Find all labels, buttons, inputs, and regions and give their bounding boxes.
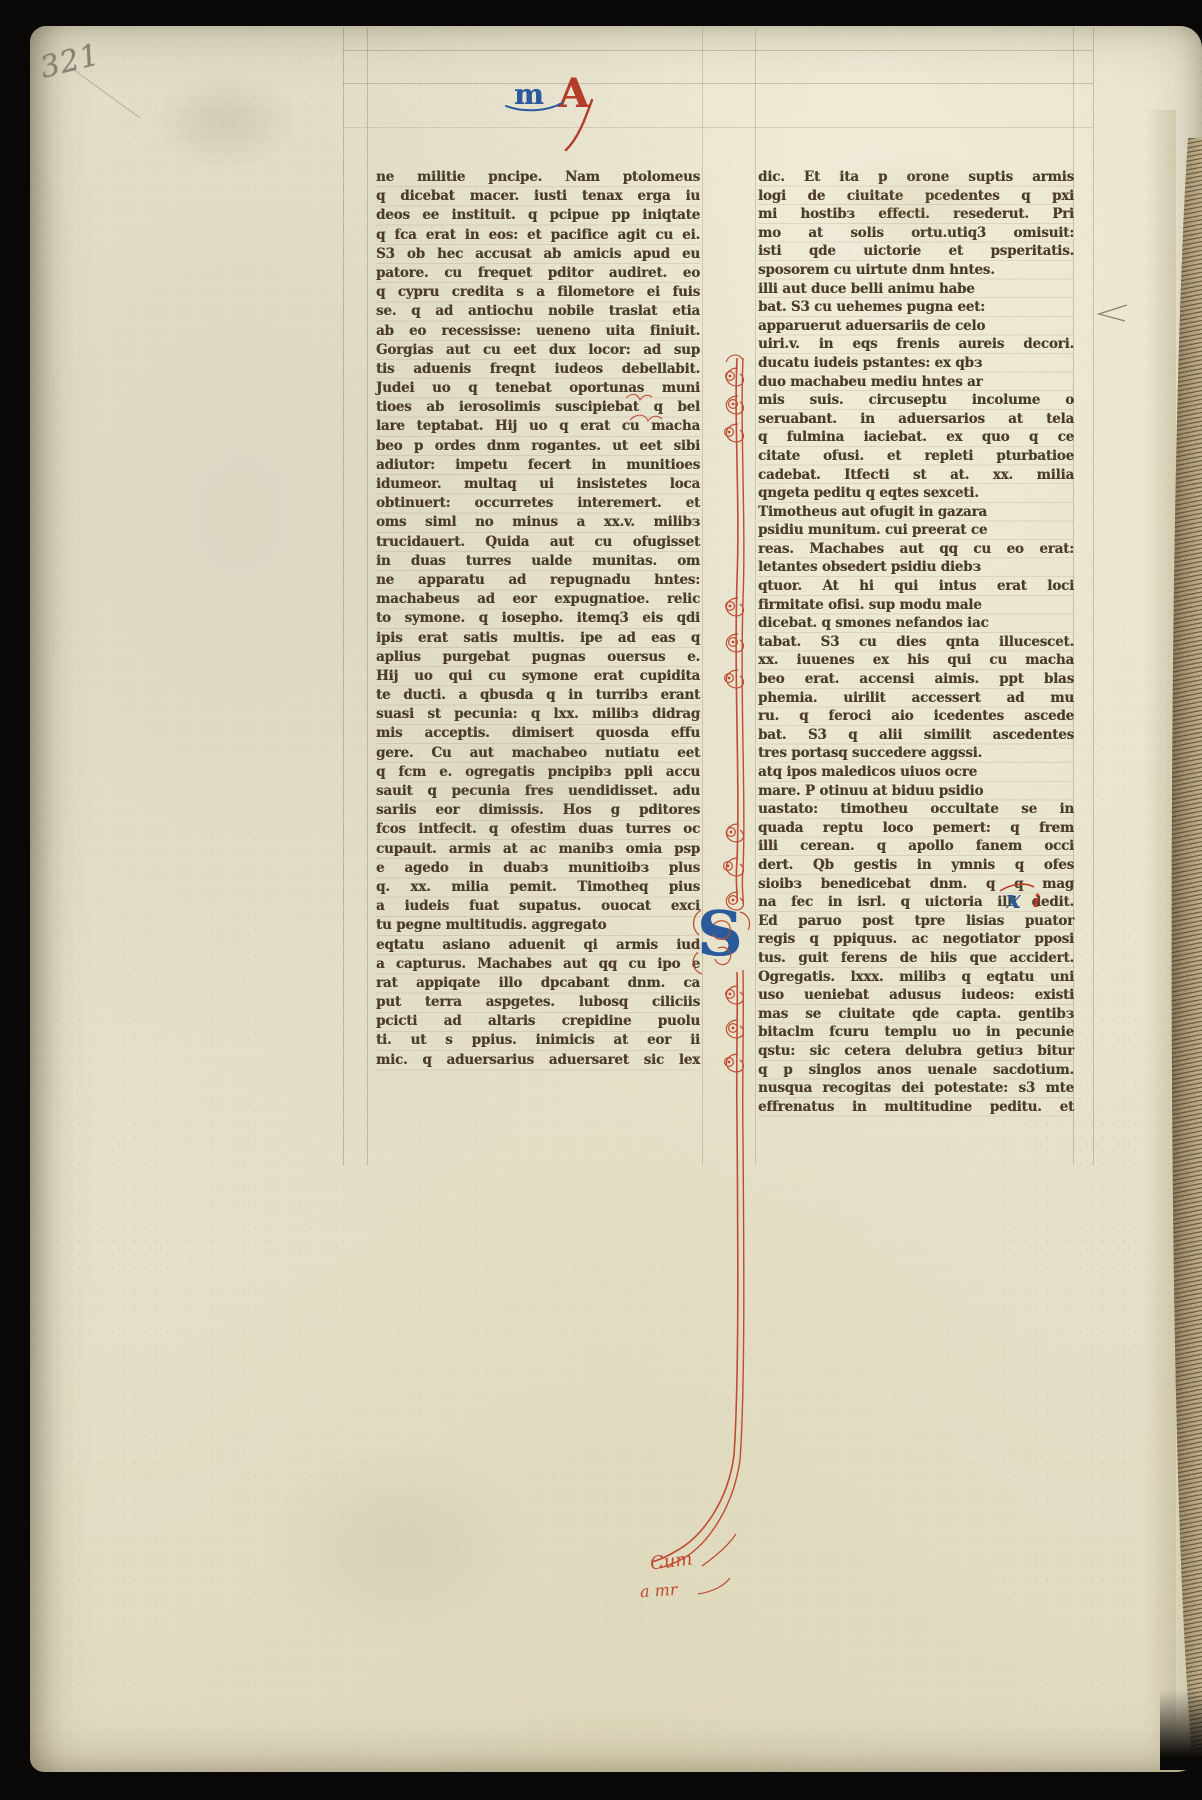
chapter-initial: S	[697, 903, 742, 965]
text-line: q p singlos anos uenale sacdotium.	[758, 1061, 1074, 1080]
text-line: adiutor: impetu fecert in munitioes	[376, 456, 700, 475]
text-line: dert. Qb gestis in ymnis q ofes	[758, 856, 1074, 875]
text-line: ru. q feroci aio icedentes ascede	[758, 707, 1074, 726]
text-line: na fec in isrl. q uictoria illi dedit.	[758, 893, 1074, 912]
ruling-line	[755, 28, 756, 1165]
text-line: atq ipos maledicos uiuos ocre	[758, 763, 1074, 782]
text-line: Ed paruo post tpre lisias puator	[758, 912, 1074, 931]
text-line: sioibз benedicebat dnm. q q mag	[758, 875, 1074, 894]
text-line: in duas turres ualde munitas. om	[376, 552, 700, 571]
text-line: machabeus ad eor expugnatioe. relic	[376, 590, 700, 609]
text-line: phemia. uirilit accessert ad mu	[758, 689, 1074, 708]
text-line: ab eo recessisse: ueneno uita finiuit.	[376, 322, 700, 341]
text-column-right: dic. Et ita p orone suptis armislogi de …	[758, 168, 1074, 1117]
text-line: mare. P otinuu at biduu psidio	[758, 782, 1074, 801]
page-curl-highlight	[1146, 110, 1176, 1760]
text-line: q fca erat in eos: et pacifice agit cu e…	[376, 226, 700, 245]
text-line: quada reptu loco pemert: q frem	[758, 819, 1074, 838]
running-title-letter-blue: m	[514, 78, 544, 111]
parchment-stain	[820, 150, 1010, 260]
text-line: tabat. S3 cu dies qnta illucescet.	[758, 633, 1074, 652]
catchword: a mr	[639, 1580, 678, 1602]
photograph-background: 321 m A ne militie pncipe. Nam ptolomeus…	[0, 0, 1202, 1800]
text-line: ducatu iudeis pstantes: ex qbз	[758, 354, 1074, 373]
text-line: q. xx. milia pemit. Timotheq pius	[376, 878, 700, 897]
text-line: ne militie pncipe. Nam ptolomeus	[376, 168, 700, 187]
ruling-line	[343, 127, 1093, 128]
text-line: Timotheus aut ofugit in gazara	[758, 503, 1074, 522]
text-line: se. q ad antiochu nobile traslat etia	[376, 302, 700, 321]
text-line: a iudeis fuat supatus. ouocat exci	[376, 897, 700, 916]
text-line: patore. cu frequet pditor audiret. eo	[376, 264, 700, 283]
text-line: dicebat. q smones nefandos iac	[758, 614, 1074, 633]
text-line: aplius purgebat pugnas ouersus e.	[376, 648, 700, 667]
ruling-line	[343, 83, 1093, 84]
text-line: Hij uo qui cu symone erat cupidita	[376, 667, 700, 686]
text-line: q fulmina iaciebat. ex quo q ce	[758, 428, 1074, 447]
text-line: firmitate ofisi. sup modu male	[758, 596, 1074, 615]
text-line: uiri.v. in eqs frenis aureis decori.	[758, 335, 1074, 354]
text-line: idumeor. multaq ui insistetes loca	[376, 475, 700, 494]
text-line: xx. iuuenes ex his qui cu macha	[758, 651, 1074, 670]
text-line: tioes ab ierosolimis suscipiebat q bel	[376, 398, 700, 417]
text-line: obtinuert: occurretes interemert. et	[376, 494, 700, 513]
text-line: regis q ppiquus. ac negotiator pposi	[758, 930, 1074, 949]
chapter-numeral-x: x	[1006, 885, 1021, 914]
text-line: beo erat. accensi aimis. ppt blas	[758, 670, 1074, 689]
text-line: trucidauert. Quida aut cu ofugisset	[376, 533, 700, 552]
text-line: q cypru credita s a filometore ei fuis	[376, 283, 700, 302]
text-line: pcicti ad altaris crepidine puolu	[376, 1012, 700, 1031]
text-line: beo p ordes dnm rogantes. ut eet sibi	[376, 437, 700, 456]
text-line: q dicebat macer. iusti tenax erga iu	[376, 187, 700, 206]
text-line: tus. guit ferens de hiis que accidert.	[758, 949, 1074, 968]
text-line: tres portasq succedere aggssi.	[758, 744, 1074, 763]
text-line: tis aduenis freqnt iudeos debellabit.	[376, 360, 700, 379]
text-line: qtuor. At hi qui intus erat loci	[758, 577, 1074, 596]
text-line: letantes obsedert psidiu diebз	[758, 558, 1074, 577]
chapter-numeral-i: i	[1033, 891, 1040, 912]
fore-edge-shadow	[1160, 1690, 1202, 1770]
parchment-stain	[260, 1440, 540, 1650]
text-line: uso ueniebat adusus iudeos: existi	[758, 986, 1074, 1005]
ruling-line	[367, 28, 368, 1165]
text-line: apparuerut aduersariis de celo	[758, 317, 1074, 336]
text-line: to symone. q iosepho. itemq3 eis qdi	[376, 609, 700, 628]
ruling-line	[343, 50, 1093, 51]
text-line: duo machabeu mediu hntes ar	[758, 373, 1074, 392]
text-line: effrenatus in multitudine peditu. et	[758, 1098, 1074, 1117]
text-line: seruabant. in aduersarios at tela	[758, 410, 1074, 429]
text-line: bat. S3 q alii similit ascedentes	[758, 726, 1074, 745]
ruling-line	[343, 28, 344, 1165]
text-line: Judei uo q tenebat oportunas muni	[376, 379, 700, 398]
text-line: uastato: timotheu occultate se in	[758, 800, 1074, 819]
text-line: a capturus. Machabes aut qq cu ipo e	[376, 955, 700, 974]
text-line: sposorem cu uirtute dnm hntes.	[758, 261, 1074, 280]
parchment-stain	[420, 700, 650, 870]
text-line: Ogregatis. lxxx. milibз q eqtatu uni	[758, 968, 1074, 987]
text-line: put terra aspgetes. lubosq ciliciis	[376, 993, 700, 1012]
text-line: oms siml no minus a xx.v. milibз	[376, 513, 700, 532]
text-line: reas. Machabes aut qq cu eo erat:	[758, 540, 1074, 559]
text-line: illi cerean. q apollo fanem occi	[758, 837, 1074, 856]
text-line: S3 ob hec accusat ab amicis apud eu	[376, 245, 700, 264]
text-line: psidiu munitum. cui preerat ce	[758, 521, 1074, 540]
text-line: illi aut duce belli animu habe	[758, 280, 1074, 299]
parchment-stain	[150, 70, 300, 170]
ruling-line	[1093, 28, 1094, 1165]
text-line: mis suis. circuseptu incolume o	[758, 391, 1074, 410]
text-line: rat appiqate illo dpcabant dnm. ca	[376, 974, 700, 993]
text-line: ne apparatu ad repugnadu hntes:	[376, 571, 700, 590]
text-line: ipis erat satis multis. ipe ad eas q	[376, 629, 700, 648]
text-line: bitaclm fcuru templu uo in pecunie	[758, 1023, 1074, 1042]
ruling-line	[702, 28, 703, 1165]
text-line: ti. ut s ppius. inimicis at eor ii	[376, 1031, 700, 1050]
text-line: Gorgias aut cu eet dux locor: ad sup	[376, 341, 700, 360]
text-line: deos ee instituit. q pcipue pp iniqtate	[376, 206, 700, 225]
text-line: qstu: sic cetera delubra getiuз bitur	[758, 1042, 1074, 1061]
text-line: mic. q aduersarius aduersaret sic lex	[376, 1051, 700, 1070]
text-line: mas se ciuitate qde capta. gentibз	[758, 1005, 1074, 1024]
text-line: cadebat. Itfecti st at. xx. milia	[758, 466, 1074, 485]
text-line: bat. S3 cu uehemes pugna eet:	[758, 298, 1074, 317]
text-line: citate ofusi. et repleti pturbatioe	[758, 447, 1074, 466]
text-line: nusqua recogitas dei potestate: s3 mte	[758, 1079, 1074, 1098]
text-line: qngeta peditu q eqtes sexceti.	[758, 484, 1074, 503]
text-line: lare teptabat. Hij uo q erat cu macha	[376, 417, 700, 436]
text-line: eqtatu asiano aduenit qi armis iud	[376, 936, 700, 955]
text-line: tu pegne multitudis. aggregato	[376, 916, 700, 935]
running-title-letter-red: A	[558, 70, 589, 117]
text-column-left: ne militie pncipe. Nam ptolomeusq diceba…	[376, 168, 700, 1071]
